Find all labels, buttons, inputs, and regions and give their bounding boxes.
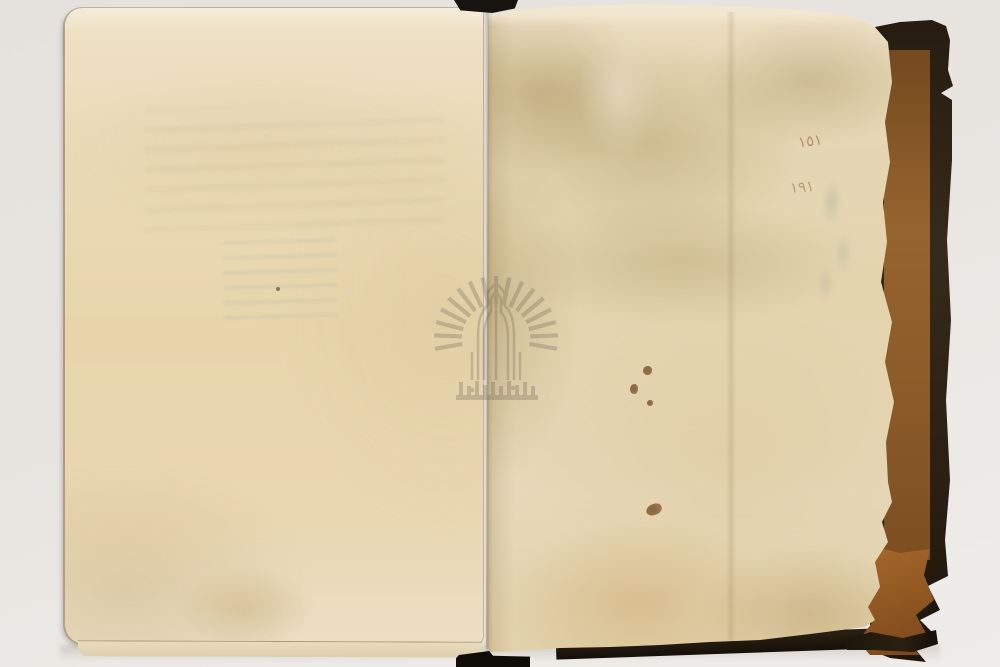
- cover-exposed-leather-panel: [884, 50, 930, 560]
- handwritten-mark-1: ١٥١: [797, 130, 823, 151]
- left-page: [64, 8, 483, 644]
- page-fold-line: [726, 12, 736, 648]
- ink-spot: [645, 502, 664, 518]
- library-watermark-icon: [426, 264, 566, 410]
- text-showthrough: [145, 108, 445, 238]
- ink-speck: [276, 287, 280, 291]
- ink-spot: [643, 366, 652, 375]
- ink-showthrough: [807, 171, 869, 304]
- ink-spot: [647, 400, 653, 406]
- ink-spot: [630, 384, 638, 394]
- manuscript-photo: ١٥١ ١٩١: [0, 0, 1000, 667]
- left-page-bottom-edge: [78, 640, 482, 657]
- handwritten-mark-2: ١٩١: [789, 177, 815, 197]
- stamp-showthrough: [222, 239, 339, 327]
